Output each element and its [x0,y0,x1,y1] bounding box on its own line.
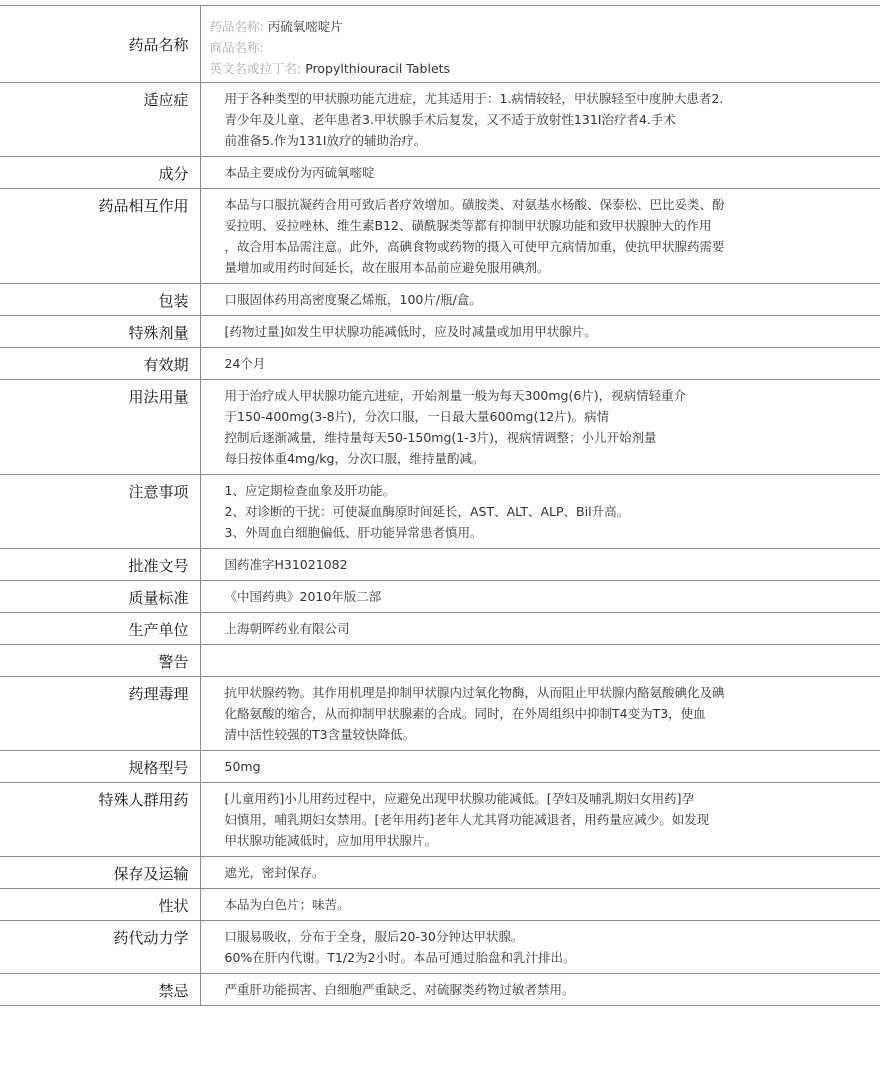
row-value-line: 1、应定期检查血象及肝功能。 [225,480,871,501]
row-label-cell: 禁忌 [0,974,200,1006]
row-label-cell: 性状 [0,889,200,921]
row-value-cell: [儿童用药]小儿用药过程中，应避免出现甲状腺功能减低。[孕妇及哺乳期妇女用药]孕… [200,783,880,857]
row-usage-dosage: 用法用量用于治疗成人甲状腺功能亢进症，开始剂量一般为每天300mg(6片)，视病… [0,380,880,475]
row-specification: 规格型号50mg [0,751,880,783]
row-value-line: 《中国药典》2010年版二部 [225,586,871,607]
row-value-line: 本品与口服抗凝药合用可致后者疗效增加。磺胺类、对氨基水杨酸、保泰松、巴比妥类、酚 [225,194,871,215]
row-value-line: 妇慎用，哺乳期妇女禁用。[老年用药]老年人尤其肾功能减退者，用药量应减少。如发现 [225,809,871,830]
row-value-line: 控制后逐渐减量，维持量每天50-150mg(1-3片)，视病情调整；小儿开始剂量 [225,427,871,448]
row-label-cell: 药品相互作用 [0,189,200,284]
generic-name-value: 丙硫氧嘧啶片 [268,19,343,34]
row-value-line: 口服易吸收，分布于全身，服后20-30分钟达甲状腺。 [225,926,871,947]
row-special-dosage: 特殊剂量[药物过量]如发生甲状腺功能减低时，应及时减量或加用甲状腺片。 [0,316,880,348]
row-value-cell: 用于治疗成人甲状腺功能亢进症，开始剂量一般为每天300mg(6片)，视病情轻重介… [200,380,880,475]
row-precautions: 注意事项1、应定期检查血象及肝功能。2、对诊断的干扰：可使凝血酶原时间延长，AS… [0,475,880,549]
row-label-cell: 用法用量 [0,380,200,475]
row-value-cell: 药品名称:丙硫氧嘧啶片 商品名称: 英文名或拉丁名:Propylthiourac… [200,6,880,83]
row-value-cell: 本品为白色片；味苦。 [200,889,880,921]
row-label-cell: 警告 [0,645,200,677]
row-value-line: 2、对诊断的干扰：可使凝血酶原时间延长，AST、ALT、ALP、Bil升高。 [225,501,871,522]
row-value-cell [200,645,880,677]
row-value-line: 上海朝晖药业有限公司 [225,618,871,639]
row-value-line: 于150-400mg(3-8片)，分次口服，一日最大量600mg(12片)。病情 [225,406,871,427]
row-label: 禁忌 [0,974,189,1002]
row-value-cell: 遮光，密封保存。 [200,857,880,889]
row-label-cell: 特殊剂量 [0,316,200,348]
row-value-line: 用于各种类型的甲状腺功能亢进症，尤其适用于：1.病情较轻，甲状腺轻至中度肿大患者… [225,88,871,109]
row-label: 警告 [0,645,189,673]
row-label: 成分 [0,157,189,185]
row-value-line: 口服固体药用高密度聚乙烯瓶，100片/瓶/盒。 [225,289,871,310]
row-label: 适应症 [0,83,189,111]
row-packaging: 包装口服固体药用高密度聚乙烯瓶，100片/瓶/盒。 [0,284,880,316]
row-label: 用法用量 [0,380,189,408]
row-label-cell: 批准文号 [0,549,200,581]
row-label: 药代动力学 [0,921,189,949]
row-label-cell: 药代动力学 [0,921,200,974]
row-value-cell: 24个月 [200,348,880,380]
row-value-line: 甲状腺功能减低时，应加用甲状腺片。 [225,830,871,851]
row-label: 注意事项 [0,475,189,503]
row-contraindications: 禁忌严重肝功能损害、白细胞严重缺乏、对硫脲类药物过敏者禁用。 [0,974,880,1006]
row-label: 有效期 [0,348,189,376]
row-value-line: 每日按体重4mg/kg，分次口服，维持量酌减。 [225,448,871,469]
row-value-line: 严重肝功能损害、白细胞严重缺乏、对硫脲类药物过敏者禁用。 [225,979,871,1000]
row-value-line: 量增加或用药时间延长，故在服用本品前应避免服用碘剂。 [225,257,871,278]
row-value-cell: 严重肝功能损害、白细胞严重缺乏、对硫脲类药物过敏者禁用。 [200,974,880,1006]
row-value-line: 抗甲状腺药物。其作用机理是抑制甲状腺内过氧化物酶，从而阻止甲状腺内酪氨酸碘化及碘 [225,682,871,703]
row-label-cell: 生产单位 [0,613,200,645]
row-quality-standard: 质量标准《中国药典》2010年版二部 [0,581,880,613]
row-value-line: 国药准字H31021082 [225,554,871,575]
row-label-cell: 质量标准 [0,581,200,613]
row-value-line: 化酪氨酸的缩合，从而抑制甲状腺素的合成。同时，在外周组织中抑制T4变为T3，使血 [225,703,871,724]
row-value-line: 前准备5.作为131I放疗的辅助治疗。 [225,130,871,151]
row-approval-number: 批准文号国药准字H31021082 [0,549,880,581]
row-value-cell: 抗甲状腺药物。其作用机理是抑制甲状腺内过氧化物酶，从而阻止甲状腺内酪氨酸碘化及碘… [200,677,880,751]
row-indications: 适应症用于各种类型的甲状腺功能亢进症，尤其适用于：1.病情较轻，甲状腺轻至中度肿… [0,83,880,157]
row-ingredients: 成分本品主要成份为丙硫氧嘧啶 [0,157,880,189]
row-shelf-life: 有效期24个月 [0,348,880,380]
row-value-line: 清中活性较强的T3含量较快降低。 [225,724,871,745]
row-drug-name: 药品名称 药品名称:丙硫氧嘧啶片 商品名称: 英文名或拉丁名:Propylthi… [0,6,880,83]
trade-name-key: 商品名称: [210,40,264,55]
row-label: 规格型号 [0,751,189,779]
row-special-populations: 特殊人群用药[儿童用药]小儿用药过程中，应避免出现甲状腺功能减低。[孕妇及哺乳期… [0,783,880,857]
trade-name-line: 商品名称: [210,37,871,58]
row-label: 特殊人群用药 [0,783,189,811]
row-value-line: 24个月 [225,353,871,374]
row-value-line: ，故合用本品需注意。此外，高碘食物或药物的摄入可使甲亢病情加重，使抗甲状腺药需要 [225,236,871,257]
row-pharmacology: 药理毒理抗甲状腺药物。其作用机理是抑制甲状腺内过氧化物酶，从而阻止甲状腺内酪氨酸… [0,677,880,751]
row-value-cell: 本品主要成份为丙硫氧嘧啶 [200,157,880,189]
row-label: 保存及运输 [0,857,189,885]
row-label-cell: 药品名称 [0,6,200,83]
drug-info-table: 药品名称 药品名称:丙硫氧嘧啶片 商品名称: 英文名或拉丁名:Propylthi… [0,5,880,1006]
row-label-cell: 有效期 [0,348,200,380]
row-label-cell: 包装 [0,284,200,316]
row-label: 包装 [0,284,189,312]
row-value-line: 用于治疗成人甲状腺功能亢进症，开始剂量一般为每天300mg(6片)，视病情轻重介 [225,385,871,406]
row-label: 性状 [0,889,189,917]
row-label-cell: 保存及运输 [0,857,200,889]
row-value-cell: 本品与口服抗凝药合用可致后者疗效增加。磺胺类、对氨基水杨酸、保泰松、巴比妥类、酚… [200,189,880,284]
row-label: 药品名称 [0,6,189,56]
row-value-cell: 《中国药典》2010年版二部 [200,581,880,613]
row-storage: 保存及运输遮光，密封保存。 [0,857,880,889]
english-name-line: 英文名或拉丁名:Propylthiouracil Tablets [210,58,871,79]
row-value-cell: 上海朝晖药业有限公司 [200,613,880,645]
row-value-cell: [药物过量]如发生甲状腺功能减低时，应及时减量或加用甲状腺片。 [200,316,880,348]
row-label-cell: 适应症 [0,83,200,157]
row-label: 批准文号 [0,549,189,577]
row-value-cell: 口服易吸收，分布于全身，服后20-30分钟达甲状腺。60%在肝内代谢。T1/2为… [200,921,880,974]
generic-name-line: 药品名称:丙硫氧嘧啶片 [210,16,871,37]
row-label-cell: 规格型号 [0,751,200,783]
row-value-cell: 口服固体药用高密度聚乙烯瓶，100片/瓶/盒。 [200,284,880,316]
row-label-cell: 注意事项 [0,475,200,549]
row-value-cell: 50mg [200,751,880,783]
row-label: 质量标准 [0,581,189,609]
row-label-cell: 特殊人群用药 [0,783,200,857]
row-pharmacokinetics: 药代动力学口服易吸收，分布于全身，服后20-30分钟达甲状腺。60%在肝内代谢。… [0,921,880,974]
generic-name-key: 药品名称: [210,19,264,34]
row-value-line: [药物过量]如发生甲状腺功能减低时，应及时减量或加用甲状腺片。 [225,321,871,342]
row-interactions: 药品相互作用本品与口服抗凝药合用可致后者疗效增加。磺胺类、对氨基水杨酸、保泰松、… [0,189,880,284]
row-value-line: 50mg [225,756,871,777]
row-warnings: 警告 [0,645,880,677]
row-value-line: 遮光，密封保存。 [225,862,871,883]
row-manufacturer: 生产单位上海朝晖药业有限公司 [0,613,880,645]
row-value-line: 60%在肝内代谢。T1/2为2小时。本品可通过胎盘和乳汁排出。 [225,947,871,968]
english-name-value: Propylthiouracil Tablets [305,61,450,76]
row-value-line: 本品主要成份为丙硫氧嘧啶 [225,162,871,183]
row-value-cell: 国药准字H31021082 [200,549,880,581]
row-value-line: 3、外周血白细胞偏低、肝功能异常患者慎用。 [225,522,871,543]
row-value-line: 青少年及儿童、老年患者3.甲状腺手术后复发，又不适于放射性131I治疗者4.手术 [225,109,871,130]
row-value-line: 本品为白色片；味苦。 [225,894,871,915]
english-name-key: 英文名或拉丁名: [210,61,302,76]
row-value-cell: 用于各种类型的甲状腺功能亢进症，尤其适用于：1.病情较轻，甲状腺轻至中度肿大患者… [200,83,880,157]
row-label: 药理毒理 [0,677,189,705]
row-label: 药品相互作用 [0,189,189,217]
row-value-line: 妥拉明、妥拉唑林、维生素B12、磺酰脲类等都有抑制甲状腺功能和致甲状腺肿大的作用 [225,215,871,236]
row-label-cell: 成分 [0,157,200,189]
row-label-cell: 药理毒理 [0,677,200,751]
row-value-line: [儿童用药]小儿用药过程中，应避免出现甲状腺功能减低。[孕妇及哺乳期妇女用药]孕 [225,788,871,809]
row-label: 特殊剂量 [0,316,189,344]
row-description: 性状本品为白色片；味苦。 [0,889,880,921]
row-label: 生产单位 [0,613,189,641]
row-value-cell: 1、应定期检查血象及肝功能。2、对诊断的干扰：可使凝血酶原时间延长，AST、AL… [200,475,880,549]
